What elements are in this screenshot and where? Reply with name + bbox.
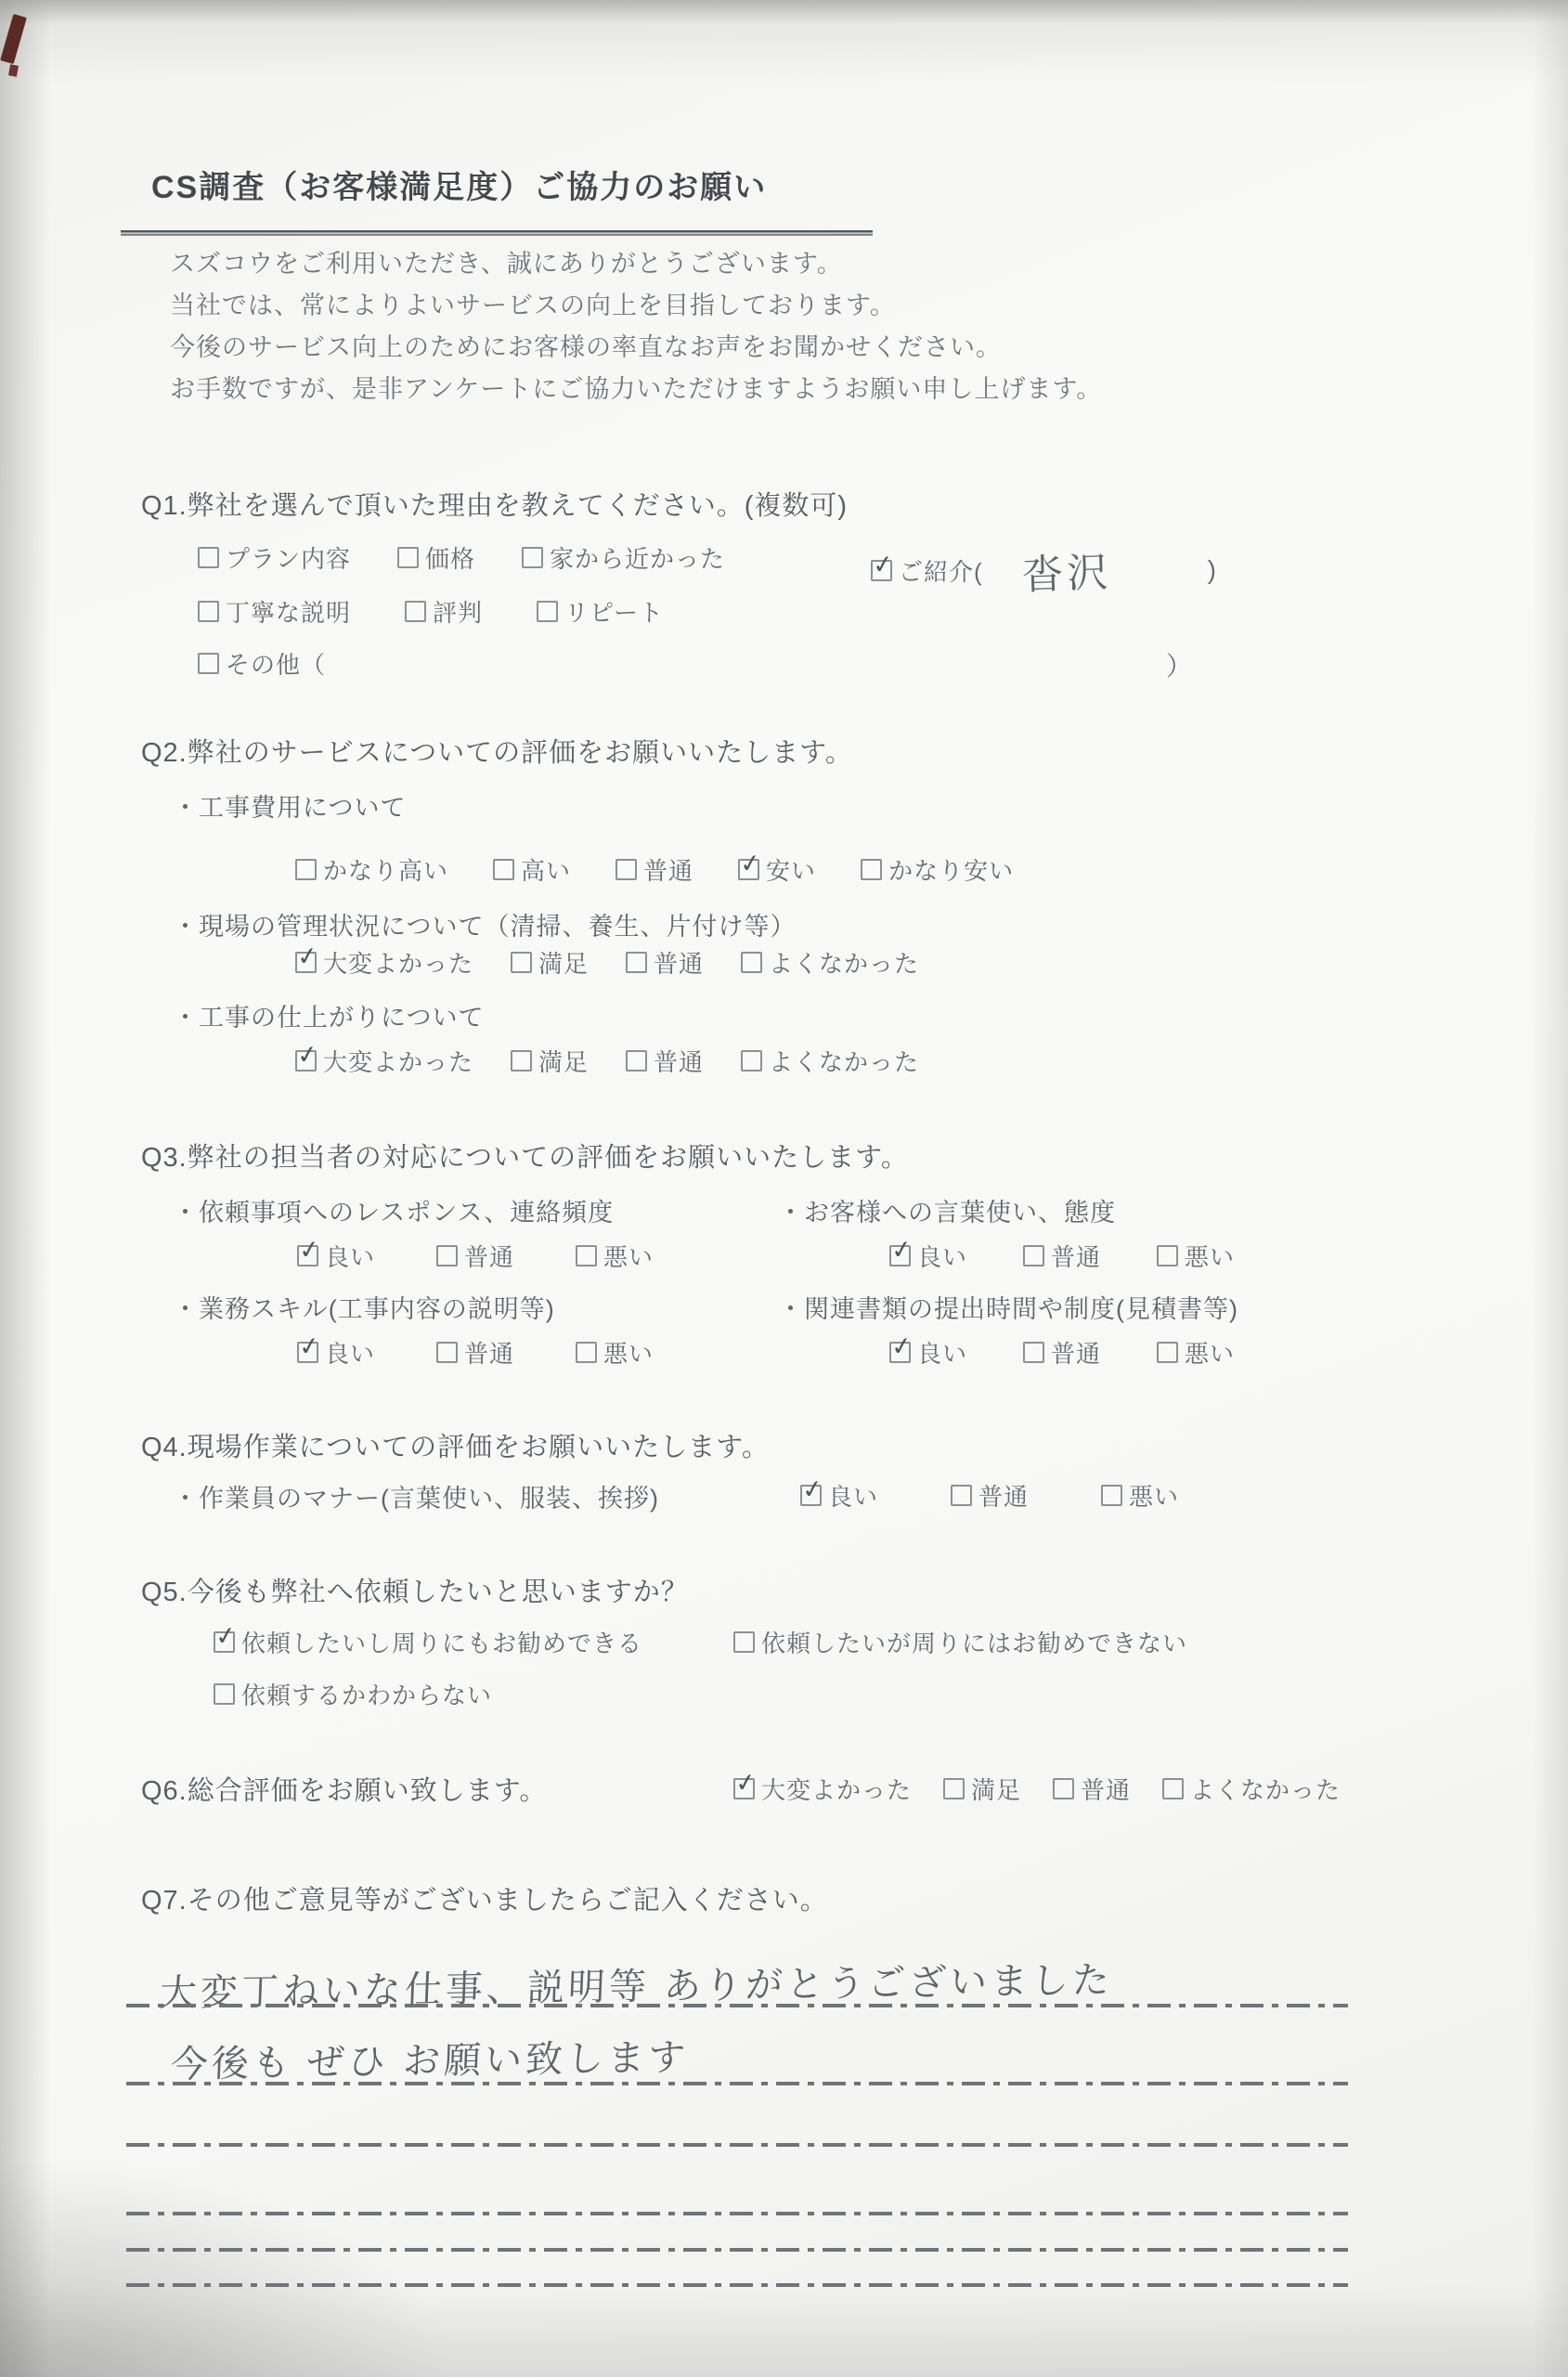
check-mark-icon: ✓ xyxy=(800,1476,824,1504)
q2-site-management-label: ・現場の管理状況について（清掃、養生、片付け等） xyxy=(173,906,796,942)
q4-manner-options: ✓良い ✓普通 ✓悪い xyxy=(800,1478,1179,1513)
checkbox-icon: ✓ xyxy=(576,1342,597,1363)
q3-language-bad: ✓悪い xyxy=(1157,1239,1235,1273)
q3-response-normal: ✓普通 xyxy=(436,1239,514,1273)
q3-skill-good: ✓良い xyxy=(297,1335,375,1370)
checkbox-icon: ✓ xyxy=(214,1683,235,1705)
q3-response-bad: ✓悪い xyxy=(576,1239,654,1273)
checkbox-icon: ✓ xyxy=(861,859,882,880)
intro-paragraph: スズコウをご利用いただき、誠にありがとうございます。 当社では、常によりよいサー… xyxy=(170,243,1102,410)
comment-writing-line xyxy=(126,2283,1348,2287)
form-title: CS調査（お客様満足度）ご協力のお願い xyxy=(151,162,767,207)
check-mark-icon: ✓ xyxy=(214,1623,238,1651)
check-mark-icon: ✓ xyxy=(889,1237,914,1265)
referral-close-paren: ) xyxy=(1208,555,1216,585)
checkbox-icon: ✓ xyxy=(1162,1778,1184,1799)
handwritten-comment-line2: 今後も ぜひ お願い致します xyxy=(170,2028,690,2088)
q2-site-not-good: ✓よくなかった xyxy=(741,945,919,980)
q5-option-no-recommend: ✓依頼したいが周りにはお勧めできない xyxy=(733,1625,1187,1659)
checkbox-icon: ✓ xyxy=(576,1245,597,1266)
q3-skill-normal: ✓普通 xyxy=(436,1335,514,1370)
check-mark-icon: ✓ xyxy=(738,851,762,878)
q1-referral-checkbox: ✓ご紹介( xyxy=(871,553,983,588)
checkbox-icon: ✓ xyxy=(1023,1245,1044,1266)
checkbox-icon: ✓ xyxy=(738,859,759,880)
checkbox-icon: ✓ xyxy=(951,1485,972,1506)
q3-response-label: ・依頼事項へのレスポンス、連絡頻度 xyxy=(173,1192,614,1228)
q3-language-label: ・お客様への言葉使い、態度 xyxy=(778,1192,1116,1228)
q4-manner-bad: ✓悪い xyxy=(1101,1478,1179,1513)
q1-option-careful-explanation: ✓丁寧な説明 xyxy=(198,594,351,629)
checkbox-icon: ✓ xyxy=(1023,1342,1044,1363)
checkbox-icon: ✓ xyxy=(741,952,762,973)
checkbox-icon: ✓ xyxy=(733,1778,755,1799)
checkbox-icon: ✓ xyxy=(198,653,219,674)
q5-option-unsure: ✓依頼するかわからない xyxy=(214,1677,492,1711)
checkbox-icon: ✓ xyxy=(943,1778,965,1799)
q2-finish-label: ・工事の仕上がりについて xyxy=(173,997,484,1033)
q6-satisfied: ✓満足 xyxy=(943,1772,1021,1806)
checkbox-icon: ✓ xyxy=(511,1050,532,1072)
checkbox-icon: ✓ xyxy=(297,1342,318,1363)
q3-skill-bad: ✓悪い xyxy=(576,1335,654,1370)
checkbox-icon: ✓ xyxy=(405,601,426,622)
intro-line: 当社では、常によりよいサービスの向上を目指しております。 xyxy=(170,285,1102,327)
q1-option-other: ✓その他（ xyxy=(198,646,326,681)
q1-option-repeat: ✓リピート xyxy=(537,594,664,629)
checkbox-icon: ✓ xyxy=(889,1245,911,1266)
checkbox-icon: ✓ xyxy=(626,1050,647,1072)
q3-documents-bad: ✓悪い xyxy=(1157,1335,1235,1370)
q3-documents-good: ✓良い xyxy=(889,1335,967,1370)
checkbox-icon: ✓ xyxy=(1157,1342,1178,1363)
checkbox-icon: ✓ xyxy=(616,859,637,880)
handwritten-referral-name: 沓沢 xyxy=(982,538,1151,603)
checkbox-icon: ✓ xyxy=(436,1245,458,1266)
check-mark-icon: ✓ xyxy=(295,943,319,971)
q2-site-satisfied: ✓満足 xyxy=(511,945,589,980)
q1-options-row1: ✓プラン内容 ✓価格 ✓家から近かった xyxy=(198,540,725,575)
q1-option-referral: ✓ご紹介( 沓沢 ) xyxy=(871,540,1216,600)
q3-documents-label: ・関連書類の提出時間や制度(見積書等) xyxy=(778,1289,1238,1325)
checkbox-icon: ✓ xyxy=(214,1631,235,1653)
q5-label: Q5.今後も弊社へ依頼したいと思いますか？ xyxy=(141,1571,689,1609)
comment-writing-line xyxy=(126,2082,1348,2085)
q1-option-price: ✓価格 xyxy=(397,540,475,575)
check-mark-icon: ✓ xyxy=(871,551,895,578)
checkbox-icon: ✓ xyxy=(295,859,317,880)
q2-label: Q2.弊社のサービスについての評価をお願いいたします。 xyxy=(141,732,853,770)
checkbox-icon: ✓ xyxy=(511,952,532,973)
check-mark-icon: ✓ xyxy=(297,1333,321,1361)
q2-finish-normal: ✓普通 xyxy=(626,1044,704,1078)
q3-response-options: ✓良い ✓普通 ✓悪い xyxy=(297,1239,654,1273)
q2-cost-expensive: ✓高い xyxy=(493,852,571,887)
q6-label: Q6.総合評価をお願い致します。 xyxy=(141,1770,547,1808)
checkbox-icon: ✓ xyxy=(295,1050,317,1072)
comment-writing-line xyxy=(126,2143,1348,2147)
checkbox-icon: ✓ xyxy=(198,547,219,568)
q1-other-checkbox: ✓その他（ xyxy=(198,646,326,681)
q2-cost-very-cheap: ✓かなり安い xyxy=(861,852,1014,887)
checkbox-icon: ✓ xyxy=(626,952,647,973)
check-mark-icon: ✓ xyxy=(295,1042,319,1070)
checkbox-icon: ✓ xyxy=(537,601,558,622)
q2-cost-very-expensive: ✓かなり高い xyxy=(295,852,448,887)
check-mark-icon: ✓ xyxy=(297,1237,321,1265)
q3-skill-options: ✓良い ✓普通 ✓悪い xyxy=(297,1335,654,1370)
checkbox-icon: ✓ xyxy=(493,859,514,880)
checkbox-icon: ✓ xyxy=(436,1342,458,1363)
checkbox-icon: ✓ xyxy=(198,601,219,622)
checkbox-icon: ✓ xyxy=(889,1342,911,1363)
checkbox-icon: ✓ xyxy=(1053,1778,1074,1799)
q1-options-row2: ✓丁寧な説明 ✓評判 ✓リピート xyxy=(198,594,664,629)
q7-label: Q7.その他ご意見等がございましたらご記入ください。 xyxy=(141,1879,828,1917)
q6-normal: ✓普通 xyxy=(1053,1772,1131,1806)
checkbox-icon: ✓ xyxy=(741,1050,762,1072)
q1-label: Q1.弊社を選んで頂いた理由を教えてください。(複数可) xyxy=(141,485,848,523)
check-mark-icon: ✓ xyxy=(733,1770,758,1798)
title-underline xyxy=(121,230,873,236)
comment-writing-line xyxy=(126,2004,1348,2007)
intro-line: 今後のサービス向上のためにお客様の率直なお声をお聞かせください。 xyxy=(170,327,1102,369)
q2-site-management-options: ✓大変よかった ✓満足 ✓普通 ✓よくなかった xyxy=(295,945,919,980)
intro-line: スズコウをご利用いただき、誠にありがとうございます。 xyxy=(170,243,1102,285)
checkbox-icon: ✓ xyxy=(733,1631,755,1653)
q5-recommend-checkbox: ✓依頼したいし周りにもお勧めできる xyxy=(214,1625,642,1659)
q2-site-normal: ✓普通 xyxy=(626,945,704,980)
q2-finish-very-good: ✓大変よかった xyxy=(295,1044,473,1078)
q3-documents-normal: ✓普通 xyxy=(1023,1335,1101,1370)
q3-documents-options: ✓良い ✓普通 ✓悪い xyxy=(889,1335,1235,1370)
q4-label: Q4.現場作業についての評価をお願いいたします。 xyxy=(141,1426,770,1464)
checkbox-icon: ✓ xyxy=(295,952,317,973)
q5-unsure-checkbox: ✓依頼するかわからない xyxy=(214,1677,492,1711)
q4-manner-normal: ✓普通 xyxy=(951,1478,1029,1513)
comment-writing-line xyxy=(126,2248,1348,2252)
q1-option-near-home: ✓家から近かった xyxy=(522,540,725,575)
q1-option-plan: ✓プラン内容 xyxy=(198,540,351,575)
comment-writing-line xyxy=(126,2212,1348,2215)
q4-manner-good: ✓良い xyxy=(800,1478,878,1513)
q2-cost-cheap: ✓安い xyxy=(738,852,816,887)
q4-manner-label: ・作業員のマナー(言葉使い、服装、挨拶) xyxy=(173,1478,659,1514)
q6-very-good: ✓大変よかった xyxy=(733,1772,912,1806)
q2-finish-not-good: ✓よくなかった xyxy=(741,1044,919,1078)
checkbox-icon: ✓ xyxy=(522,547,543,568)
other-close-paren: ） xyxy=(1166,646,1192,683)
q2-cost-label: ・工事費用について xyxy=(173,787,406,824)
checkbox-icon: ✓ xyxy=(297,1245,318,1266)
q6-options: ✓大変よかった ✓満足 ✓普通 ✓よくなかった xyxy=(733,1772,1341,1806)
checkbox-icon: ✓ xyxy=(397,547,419,568)
q3-response-good: ✓良い xyxy=(297,1239,375,1273)
checkbox-icon: ✓ xyxy=(1101,1485,1122,1506)
q2-finish-options: ✓大変よかった ✓満足 ✓普通 ✓よくなかった xyxy=(295,1044,919,1078)
check-mark-icon: ✓ xyxy=(889,1333,914,1361)
checkbox-icon: ✓ xyxy=(1157,1245,1178,1266)
checkbox-icon: ✓ xyxy=(800,1485,822,1506)
q3-language-options: ✓良い ✓普通 ✓悪い xyxy=(889,1239,1235,1273)
q3-skill-label: ・業務スキル(工事内容の説明等) xyxy=(173,1289,555,1325)
q3-language-good: ✓良い xyxy=(889,1239,967,1273)
q3-language-normal: ✓普通 xyxy=(1023,1239,1101,1273)
scanned-survey-page: { "icons": { "check": "✓" }, "doc": { "t… xyxy=(0,0,1568,2377)
q1-option-reputation: ✓評判 xyxy=(405,594,483,629)
intro-line: お手数ですが、是非アンケートにご協力いただけますようお願い申し上げます。 xyxy=(170,369,1102,410)
q2-cost-options: ✓かなり高い ✓高い ✓普通 ✓安い ✓かなり安い xyxy=(295,852,1014,887)
checkbox-icon: ✓ xyxy=(871,560,892,581)
q2-cost-normal: ✓普通 xyxy=(616,852,693,887)
q2-finish-satisfied: ✓満足 xyxy=(511,1044,589,1078)
q5-no-recommend-checkbox: ✓依頼したいが周りにはお勧めできない xyxy=(733,1625,1187,1659)
q2-site-very-good: ✓大変よかった xyxy=(295,945,473,980)
q3-label: Q3.弊社の担当者の対応についての評価をお願いいたします。 xyxy=(141,1137,909,1175)
q6-not-good: ✓よくなかった xyxy=(1162,1772,1341,1806)
q5-option-recommend: ✓依頼したいし周りにもお勧めできる xyxy=(214,1625,642,1659)
